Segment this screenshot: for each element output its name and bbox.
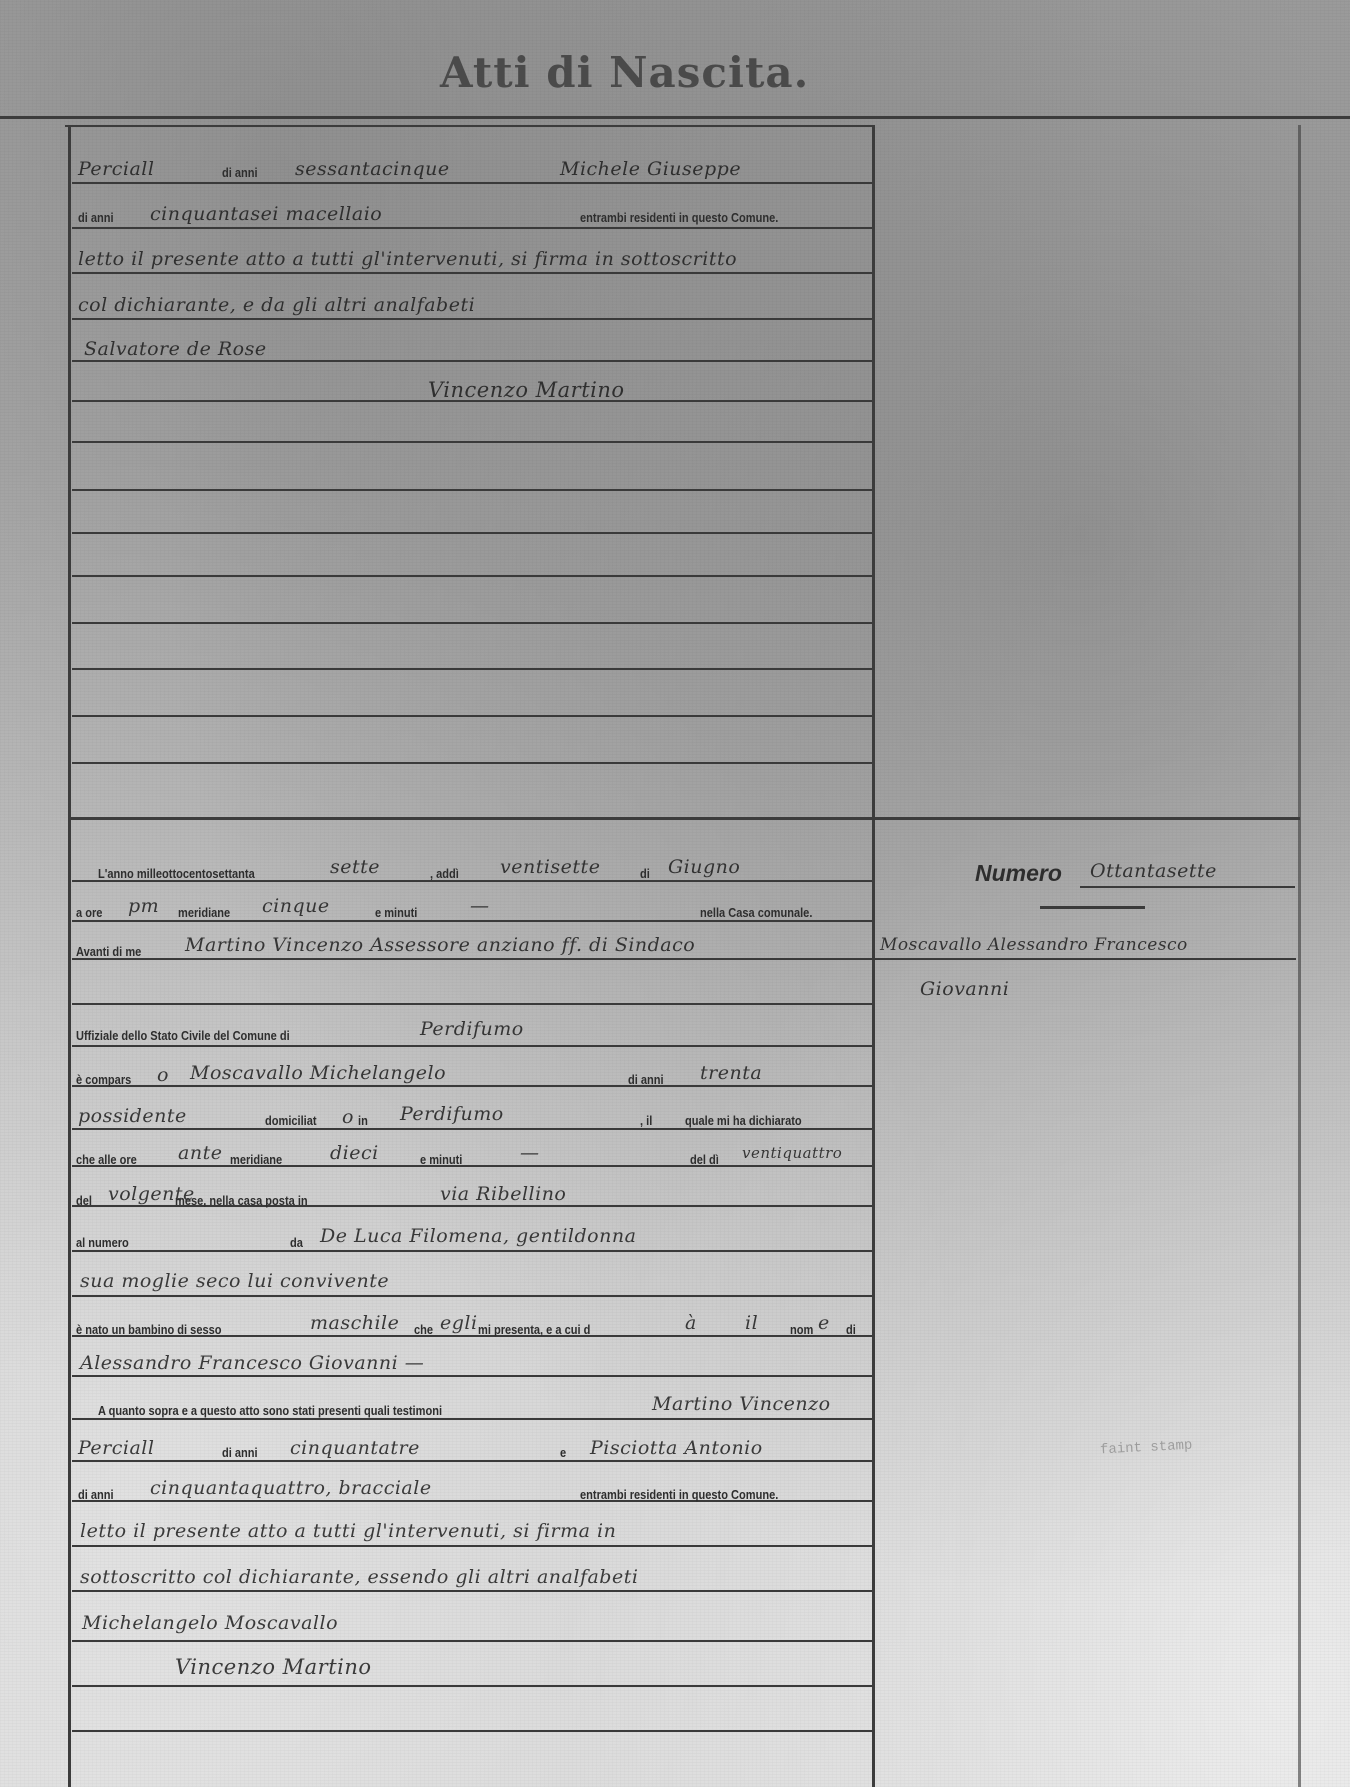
l2-h3: — — [470, 895, 490, 917]
upper-l5-hand: Salvatore de Rose — [84, 338, 267, 360]
rule — [72, 622, 872, 624]
l7-p4: del dì — [690, 1152, 719, 1167]
upper-l4-hand: col dichiarante, e da gli altri analfabe… — [78, 294, 475, 316]
left-border — [68, 125, 71, 1787]
l3-h1: Martino Vincenzo Assessore anziano ff. d… — [185, 934, 695, 956]
upper-l2-print-a: di anni — [78, 210, 114, 225]
l6-p1: domiciliat — [265, 1113, 317, 1128]
numero-value: Ottantasette — [1090, 860, 1217, 882]
l6-p2: in — [358, 1113, 368, 1128]
l7-h2: dieci — [330, 1142, 379, 1164]
rule — [72, 575, 872, 577]
l7-p3: e minuti — [420, 1152, 462, 1167]
l8-h2: via Ribellino — [440, 1183, 566, 1205]
rule — [72, 1128, 872, 1130]
l11-p3: mi presenta, e a cui d — [478, 1322, 590, 1337]
top-border — [0, 116, 1350, 119]
l5-p2: di anni — [628, 1072, 664, 1087]
l9-p1: al numero — [76, 1235, 129, 1250]
l3-p1: Avanti di me — [76, 944, 141, 959]
rule — [72, 1730, 872, 1732]
upper-l3-hand: letto il presente atto a tutti gl'interv… — [78, 248, 737, 270]
upper-l1-print-a: di anni — [222, 165, 258, 180]
l11-p1: è nato un bambino di sesso — [76, 1322, 222, 1337]
l1-h1: sette — [330, 856, 380, 878]
right-name-line1: Moscavallo Alessandro Francesco — [880, 935, 1188, 955]
page-title: Atti di Nascita. — [440, 48, 809, 97]
rule — [72, 715, 872, 717]
l11-h1: maschile — [310, 1312, 399, 1334]
rule — [72, 1003, 872, 1005]
upper-l2-print-b: entrambi residenti in questo Comune. — [580, 210, 778, 225]
l11-p5: di — [846, 1322, 856, 1337]
numero-flourish — [1040, 906, 1145, 909]
l14-h3: Pisciotta Antonio — [590, 1437, 763, 1459]
upper-l2-hand-a: cinquantasei macellaio — [150, 203, 382, 225]
rule — [72, 1460, 872, 1462]
rule — [72, 1685, 872, 1687]
l5-p1: è compars — [76, 1072, 131, 1087]
l7-p1: che alle ore — [76, 1152, 137, 1167]
l15-p1: di anni — [78, 1487, 114, 1502]
l11-p2: che — [414, 1322, 433, 1337]
l14-h1: Perciall — [78, 1437, 154, 1459]
rule — [72, 1590, 872, 1592]
rule — [72, 360, 872, 362]
rule — [72, 668, 872, 670]
top-border-inner — [65, 125, 875, 127]
l1-h2: ventisette — [500, 856, 600, 878]
rule — [72, 920, 872, 922]
section-divider — [68, 817, 1300, 820]
l7-p2: meridiane — [230, 1152, 282, 1167]
l14-h2: cinquantatre — [290, 1437, 420, 1459]
l6-h0: o — [342, 1106, 354, 1128]
rule — [72, 958, 1296, 960]
rule — [72, 1640, 872, 1642]
rule — [72, 1418, 872, 1420]
l6-p4: quale mi ha dichiarato — [685, 1113, 802, 1128]
l7-h3: — — [520, 1142, 540, 1164]
rule — [72, 532, 872, 534]
l16-h1: letto il presente atto a tutti gl'interv… — [80, 1520, 616, 1542]
l2-h2: cinque — [262, 895, 330, 917]
l13-h1: Martino Vincenzo — [652, 1393, 831, 1415]
l18-h1: Michelangelo Moscavallo — [82, 1612, 338, 1634]
l5-h1: Moscavallo Michelangelo — [190, 1062, 446, 1084]
l6-h2: Perdifumo — [400, 1103, 504, 1125]
l5-h0: o — [157, 1064, 169, 1086]
l6-p3: , il — [640, 1113, 652, 1128]
l8-p2: mese, nella casa posta in — [175, 1193, 308, 1208]
l4-p1: Uffiziale dello Stato Civile del Comune … — [76, 1028, 290, 1043]
rule — [72, 1165, 872, 1167]
l2-p3: e minuti — [375, 905, 417, 920]
l13-p1: A quanto sopra e a questo atto sono stat… — [98, 1403, 442, 1418]
l11-p4: nom — [790, 1322, 813, 1337]
l14-p2: e — [560, 1445, 566, 1460]
rule — [72, 272, 872, 274]
l11-h3: à — [685, 1312, 697, 1334]
upper-l1-hand-a: Perciall — [78, 158, 154, 180]
rule — [72, 489, 872, 491]
l2-p2: meridiane — [178, 905, 230, 920]
l1-p1: L'anno milleottocentosettanta — [98, 866, 255, 881]
l7-h4: ventiquattro — [742, 1144, 842, 1162]
rule — [72, 762, 872, 764]
l11-h4: il — [745, 1312, 758, 1334]
numero-underline — [1080, 886, 1295, 888]
l2-p4: nella Casa comunale. — [700, 905, 812, 920]
column-divider — [872, 125, 875, 1787]
rule — [72, 1085, 872, 1087]
rule — [72, 1375, 872, 1377]
l17-h1: sottoscritto col dichiarante, essendo gl… — [80, 1566, 638, 1588]
l14-p1: di anni — [222, 1445, 258, 1460]
rule — [72, 227, 872, 229]
l2-p1: a ore — [76, 905, 102, 920]
rule — [72, 1045, 872, 1047]
l10-h1: sua moglie seco lui convivente — [80, 1270, 389, 1292]
upper-l1-hand-c: Michele Giuseppe — [560, 158, 741, 180]
l15-p2: entrambi residenti in questo Comune. — [580, 1487, 778, 1502]
upper-l1-hand-b: sessantacinque — [295, 158, 450, 180]
l1-p3: di — [640, 866, 650, 881]
numero-label: Numero — [975, 860, 1062, 887]
right-name-line2: Giovanni — [920, 978, 1009, 1000]
l1-h3: Giugno — [668, 856, 740, 878]
l1-p2: , addì — [430, 866, 459, 881]
rule — [72, 1545, 872, 1547]
l9-h2: De Luca Filomena, gentildonna — [320, 1225, 636, 1247]
l9-p2: da — [290, 1235, 303, 1250]
l6-h1: possidente — [78, 1105, 187, 1127]
birth-signature: Vincenzo Martino — [175, 1655, 372, 1679]
l11-h2: egli — [440, 1312, 478, 1334]
l11-h5: e — [818, 1312, 830, 1334]
l2-h1: pm — [128, 895, 159, 917]
right-border — [1298, 125, 1301, 1787]
l4-h1: Perdifumo — [420, 1018, 524, 1040]
l15-h1: cinquantaquattro, bracciale — [150, 1477, 432, 1499]
l5-h2: trenta — [700, 1062, 762, 1084]
l12-h1: Alessandro Francesco Giovanni — — [80, 1352, 424, 1374]
l9-number-blank — [162, 1250, 282, 1252]
rule — [72, 441, 872, 443]
l8-p1: del — [76, 1193, 92, 1208]
l7-h1: ante — [178, 1142, 222, 1164]
upper-signature: Vincenzo Martino — [428, 378, 625, 402]
rule — [72, 1295, 872, 1297]
rule — [72, 182, 872, 184]
rule — [72, 318, 872, 320]
